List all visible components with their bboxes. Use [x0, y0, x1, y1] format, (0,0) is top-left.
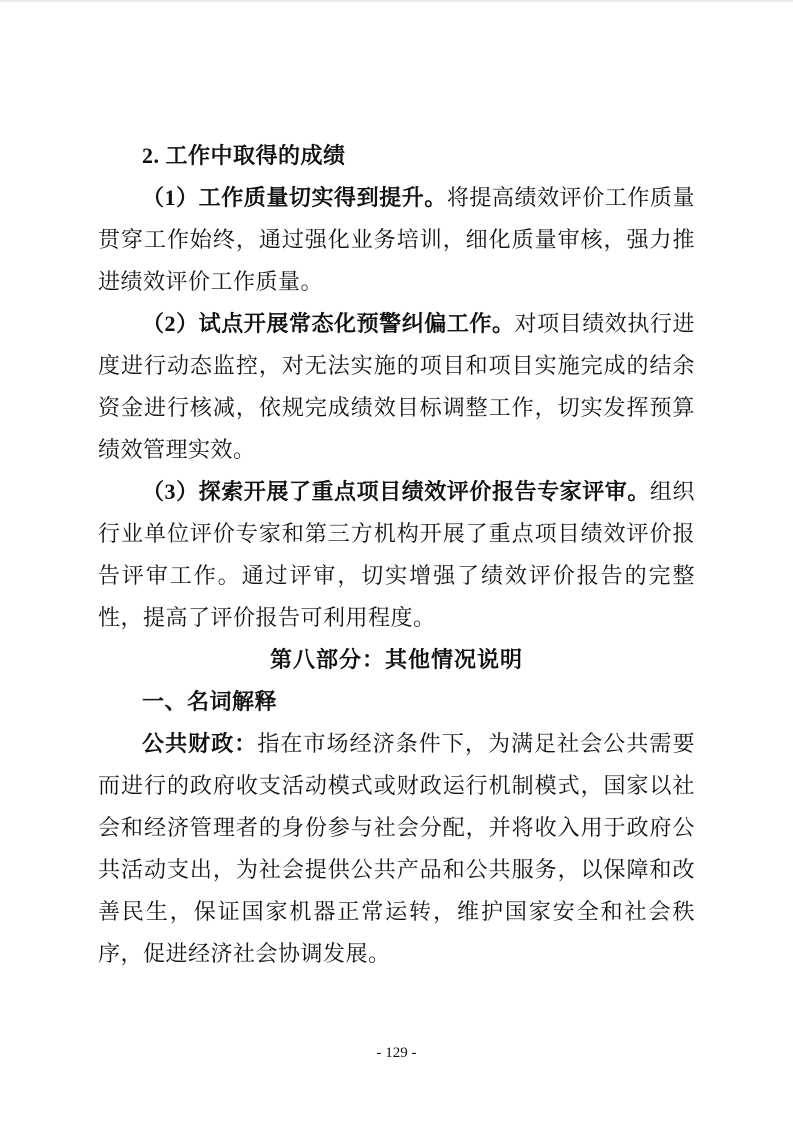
- paragraph-public-finance-lead: 公共财政：: [142, 731, 257, 756]
- section-heading-glossary: 一、名词解释: [98, 681, 695, 723]
- paragraph-expert-review-lead: （3）探索开展了重点项目绩效评价报告专家评审。: [142, 479, 650, 504]
- paragraph-quality-improvement: （1）工作质量切实得到提升。将提高绩效评价工作质量贯穿工作始终，通过强化业务培训…: [98, 177, 695, 303]
- paragraph-early-warning: （2）试点开展常态化预警纠偏工作。对项目绩效执行进度进行动态监控，对无法实施的项…: [98, 303, 695, 471]
- chapter-heading-part-eight: 第八部分：其他情况说明: [98, 639, 695, 681]
- paragraph-public-finance-body: 指在市场经济条件下，为满足社会公共需要而进行的政府收支活动模式或财政运行机制模式…: [98, 731, 695, 966]
- page-number: - 129 -: [0, 1042, 793, 1064]
- paragraph-expert-review: （3）探索开展了重点项目绩效评价报告专家评审。组织行业单位评价专家和第三方机构开…: [98, 471, 695, 639]
- document-page: 2. 工作中取得的成绩 （1）工作质量切实得到提升。将提高绩效评价工作质量贯穿工…: [0, 0, 793, 1122]
- paragraph-public-finance: 公共财政：指在市场经济条件下，为满足社会公共需要而进行的政府收支活动模式或财政运…: [98, 723, 695, 975]
- section-heading-achievements: 2. 工作中取得的成绩: [98, 135, 695, 177]
- page-content: 2. 工作中取得的成绩 （1）工作质量切实得到提升。将提高绩效评价工作质量贯穿工…: [98, 135, 695, 975]
- paragraph-quality-improvement-lead: （1）工作质量切实得到提升。: [142, 185, 447, 210]
- paragraph-early-warning-lead: （2）试点开展常态化预警纠偏工作。: [142, 311, 515, 336]
